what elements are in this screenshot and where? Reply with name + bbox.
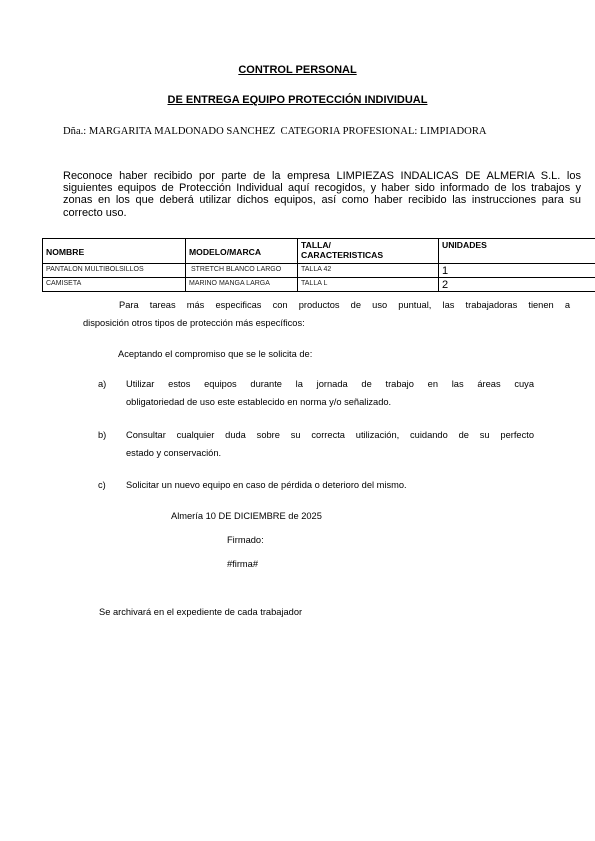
cell-talla: TALLA 42	[298, 264, 439, 278]
col-header-modelo: MODELO/MARCA	[186, 239, 298, 264]
worker-category: LIMPIADORA	[420, 126, 487, 137]
item-line1: Solicitar un nuevo equipo en caso de pér…	[126, 480, 407, 490]
cell-nombre: CAMISETA	[43, 278, 186, 292]
cell-unidades: 1	[439, 264, 595, 278]
col-header-talla-line2: CARACTERISTICAS	[301, 250, 383, 260]
specific-protection-paragraph: Para tareas más especificas con producto…	[83, 296, 570, 332]
col-header-nombre: NOMBRE	[43, 239, 186, 264]
archive-note: Se archivará en el expediente de cada tr…	[99, 603, 302, 621]
cell-modelo: STRETCH BLANCO LARGO	[186, 264, 298, 278]
item-marker: c)	[98, 476, 106, 494]
item-line2: obligatoriedad de uso este establecido e…	[126, 397, 391, 407]
cell-nombre: PANTALON MULTIBOLSILLOS	[43, 264, 186, 278]
item-marker: b)	[98, 426, 106, 444]
col-header-talla: TALLA/ CARACTERISTICAS	[298, 239, 439, 264]
signed-label: Firmado:	[227, 531, 264, 549]
para1-line2: disposición otros tipos de protección má…	[83, 318, 305, 328]
intro-paragraph: Reconoce haber recibido por parte de la …	[63, 170, 581, 219]
worker-prefix: Dña.:	[63, 126, 86, 137]
item-marker: a)	[98, 375, 106, 393]
cell-modelo: MARINO MANGA LARGA	[186, 278, 298, 292]
table-header-row: NOMBRE MODELO/MARCA TALLA/ CARACTERISTIC…	[43, 239, 595, 264]
cell-talla: TALLA L	[298, 278, 439, 292]
equipment-table: NOMBRE MODELO/MARCA TALLA/ CARACTERISTIC…	[42, 238, 595, 292]
col-header-unidades: UNIDADES	[439, 239, 595, 264]
worker-name: MARGARITA MALDONADO SANCHEZ	[89, 126, 275, 137]
col-header-talla-line1: TALLA/	[301, 240, 331, 250]
item-line1: Utilizar estos equipos durante la jornad…	[126, 375, 534, 393]
item-line1: Consultar cualquier duda sobre su correc…	[126, 426, 534, 444]
item-line2: estado y conservación.	[126, 448, 221, 458]
cell-unidades: 2	[439, 278, 595, 292]
category-label: CATEGORIA PROFESIONAL:	[281, 126, 418, 137]
accept-commitment-text: Aceptando el compromiso que se le solici…	[118, 345, 312, 363]
worker-info-line: Dña.: MARGARITA MALDONADO SANCHEZ CATEGO…	[63, 126, 487, 137]
intro-text: Reconoce haber recibido por parte de la …	[63, 170, 581, 219]
document-title: CONTROL PERSONAL	[0, 64, 595, 76]
signature-placeholder: #firma#	[227, 555, 258, 573]
document-subtitle: DE ENTREGA EQUIPO PROTECCIÓN INDIVIDUAL	[0, 94, 595, 106]
place-date: Almería 10 DE DICIEMBRE de 2025	[171, 507, 322, 525]
table-row: PANTALON MULTIBOLSILLOS STRETCH BLANCO L…	[43, 264, 595, 278]
table-row: CAMISETA MARINO MANGA LARGA TALLA L 2	[43, 278, 595, 292]
para1-line1: Para tareas más especificas con producto…	[83, 296, 570, 314]
